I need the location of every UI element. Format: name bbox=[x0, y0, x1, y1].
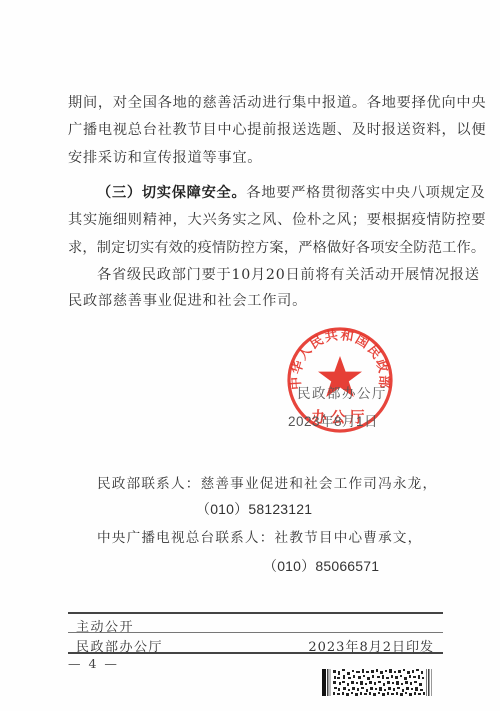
signature-organization: 民政部办公厅 bbox=[297, 382, 387, 402]
body-line-1: 期间，对全国各地的慈善活动进行集中报道。各地要择优向中央 bbox=[68, 94, 442, 112]
contact-cmg: 中央广播电视总台联系人：社教节目中心曹承文， bbox=[97, 526, 422, 546]
footer-rule-middle bbox=[68, 632, 443, 633]
report-line-2: 民政部慈善事业促进和社会工作司。 bbox=[68, 292, 442, 310]
contact-mca: 民政部联系人：慈善事业促进和社会工作司冯永龙， bbox=[97, 472, 437, 492]
document-page: 期间，对全国各地的慈善活动进行集中报道。各地要择优向中央 广播电视总台社教节目中… bbox=[0, 0, 500, 711]
page-number: — 4 — bbox=[68, 656, 119, 671]
section-three-text: 各地要严格贯彻落实中央八项规定及 bbox=[246, 185, 485, 201]
footer-rule-bottom bbox=[68, 652, 443, 654]
report-line-1: 各省级民政部门要于10月20日前将有关活动开展情况报送 bbox=[97, 266, 442, 284]
contact-cmg-detail: 社教节目中心曹承文， bbox=[275, 530, 423, 546]
contact-mca-label: 民政部联系人： bbox=[97, 476, 201, 492]
section-three-heading: （三）切实保障安全。 bbox=[97, 185, 246, 201]
signature-date: 2023年8月1日 bbox=[288, 410, 378, 430]
footer-rule-top bbox=[68, 612, 443, 614]
contact-mca-detail: 慈善事业促进和社会工作司冯永龙， bbox=[201, 476, 438, 492]
contact-mca-phone: （010）58123121 bbox=[196, 499, 312, 519]
body-line-2: 广播电视总台社教节目中心提前报送选题、及时报送资料，以便 bbox=[68, 121, 442, 139]
barcode-icon bbox=[322, 669, 434, 696]
body-line-3: 安排采访和宣传报道等事宜。 bbox=[68, 149, 442, 167]
contact-cmg-phone: （010）85066571 bbox=[263, 556, 379, 576]
section-three-line-2: 其实施细则精神，大兴务实之风、俭朴之风；要根据疫情防控要 bbox=[68, 211, 442, 229]
section-three-line-1: （三）切实保障安全。各地要严格贯彻落实中央八项规定及 bbox=[97, 184, 442, 202]
section-three-line-3: 求，制定切实有效的疫情防控方案，严格做好各项安全防范工作。 bbox=[68, 239, 442, 257]
contact-cmg-label: 中央广播电视总台联系人： bbox=[97, 530, 275, 546]
